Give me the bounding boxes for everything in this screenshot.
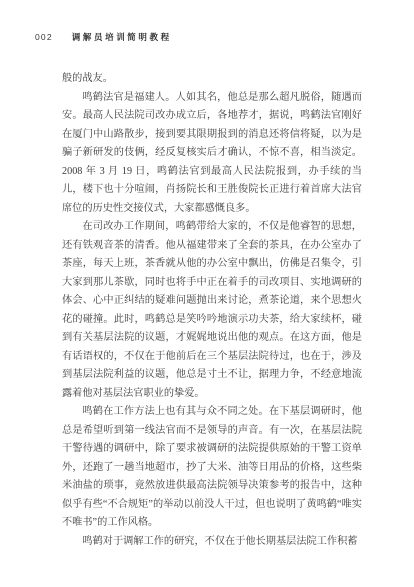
page-number: 002 [35,32,53,42]
book-title: 调解员培训简明教程 [72,31,172,43]
page-header: 002 调解员培训简明教程 [35,31,172,43]
paragraph-5: 鸣鹤对于调解工作的研究，不仅在于他长期基层法院工作积蓄 [62,533,362,552]
page-body: 般的战友。 鸣鹤法官是福建人。人如其名，他总是那么超凡脱俗，随遇而安。最高人民法… [62,70,362,551]
paragraph-2: 鸣鹤法官是福建人。人如其名，他总是那么超凡脱俗，随遇而安。最高人民法院司改办成立… [62,89,362,219]
paragraph-continuation: 般的战友。 [62,70,362,89]
paragraph-3: 在司改办工作期间，鸣鹤带给大家的，不仅是他睿智的思想，还有铁观音茶的清香。他从福… [62,218,362,403]
paragraph-4: 鸣鹤在工作方法上也有其与众不同之处。在下基层调研时，他总是希望听到第一线法官而不… [62,403,362,533]
book-page: 002 调解员培训简明教程 般的战友。 鸣鹤法官是福建人。人如其名，他总是那么超… [0,0,414,587]
